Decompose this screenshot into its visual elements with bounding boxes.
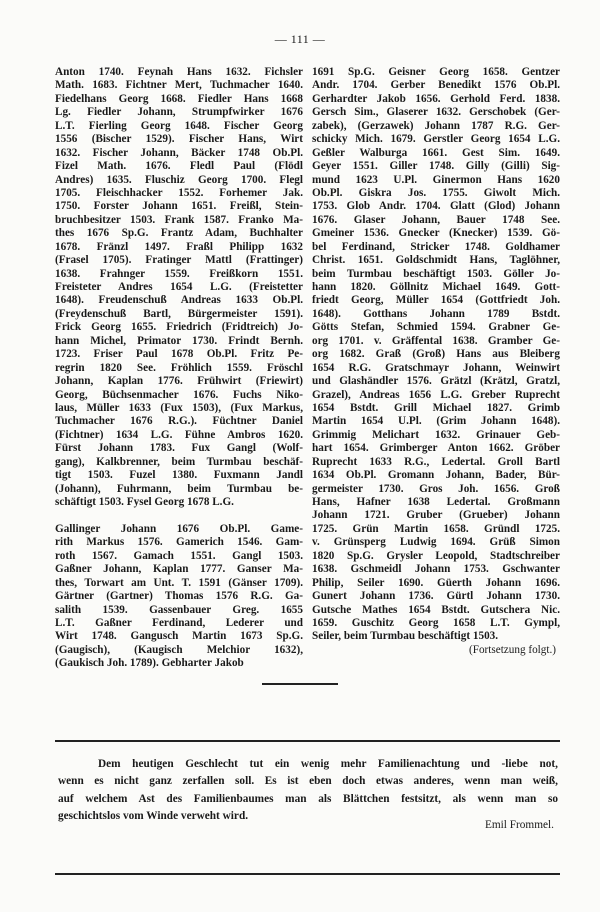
register-line: Andr. 1704. Gerber Benedikt 1576 Ob.Pl. bbox=[312, 79, 560, 92]
register-line: Lg. Fiedler Johann, Strumpfwirker 1676 bbox=[55, 106, 303, 119]
register-line: Ob.Pl. Giskra Jos. 1755. Giwolt Mich. bbox=[312, 187, 560, 200]
register-line: 1634 Ob.Pl. Gromann Johann, Bader, Bür- bbox=[312, 469, 560, 482]
register-line: beim Turmbau beschäftigt 1503. Göller Jo… bbox=[312, 268, 560, 281]
register-line: 1676. Glaser Johann, Bauer 1748 See. bbox=[312, 214, 560, 227]
register-line: 1654 R.G. Gratschmayr Johann, Weinwirt bbox=[312, 362, 560, 375]
register-line: Fürst Johann 1783. Fux Gangl (Wolf- bbox=[55, 442, 303, 455]
register-line: tigt 1503. Fuzel 1380. Fuxmann Jandl bbox=[55, 469, 303, 482]
register-line: org 1682. Graß (Groß) Hans aus Bleiberg bbox=[312, 348, 560, 361]
register-line: Gutsche Mathes 1654 Bstdt. Gutschera Nic… bbox=[312, 604, 560, 617]
register-line: 1678. Fränzl 1497. Fraßl Philipp 1632 bbox=[55, 241, 303, 254]
register-line: (Johann), Fuhrmann, beim Turmbau be- bbox=[55, 483, 303, 496]
register-line: Geßler Walburga 1661. Gest Sim. 1649. bbox=[312, 147, 560, 160]
register-line: Grazel), Andreas 1656 L.G. Greber Ruprec… bbox=[312, 389, 560, 402]
register-line: 1753. Glob Andr. 1704. Glatt (Glod) Joha… bbox=[312, 200, 560, 213]
register-line: hann Michel, Primator 1730. Frindt Bernh… bbox=[55, 335, 303, 348]
continuation-note: (Fortsetzung folgt.) bbox=[312, 644, 560, 657]
register-line: regrin 1820 See. Fröhlich 1559. Fröschl bbox=[55, 362, 303, 375]
quote-line: auf welchem Ast des Familienbaumes man a… bbox=[58, 791, 558, 808]
register-line: Hans, Hafner 1638 Ledertal. Großmann bbox=[312, 496, 560, 509]
register-line: friedt Georg, Müller 1654 (Gottfriedt Jo… bbox=[312, 294, 560, 307]
left-column: Anton 1740. Feynah Hans 1632. FichslerMa… bbox=[55, 66, 303, 671]
section-gap bbox=[55, 509, 303, 522]
right-column: 1691 Sp.G. Geisner Georg 1658. GentzerAn… bbox=[312, 66, 560, 671]
register-line: 1556 (Bischer 1529). Fischer Hans, Wirt bbox=[55, 133, 303, 146]
register-line: 1654 Bstdt. Grill Michael 1827. Grimb bbox=[312, 402, 560, 415]
register-line: Gmeiner 1536. Gnecker (Knecker) 1539. Gö… bbox=[312, 227, 560, 240]
register-line: 1691 Sp.G. Geisner Georg 1658. Gentzer bbox=[312, 66, 560, 79]
register-line: germeister 1730. Gros Joh. 1656. Groß bbox=[312, 483, 560, 496]
register-line: Johann 1721. Gruber (Grueber) Johann bbox=[312, 509, 560, 522]
register-line: Freisteter Andres 1654 L.G. (Freistetter bbox=[55, 281, 303, 294]
register-line: Anton 1740. Feynah Hans 1632. Fichsler bbox=[55, 66, 303, 79]
register-line: Math. 1683. Fichtner Mert, Tuchmacher 16… bbox=[55, 79, 303, 92]
register-line: bruchbesitzer 1503. Frank 1587. Franko M… bbox=[55, 214, 303, 227]
register-line: Gärtner (Gartner) Thomas 1576 R.G. Ga- bbox=[55, 590, 303, 603]
register-line: Gunert Johann 1736. Gürtl Johann 1730. bbox=[312, 590, 560, 603]
register-line: Martin 1654 U.Pl. (Grim Johann 1648). bbox=[312, 415, 560, 428]
register-line: thes 1676 Sp.G. Frantz Adam, Buchhalter bbox=[55, 227, 303, 240]
register-line: schicky Mich. 1679. Gerstler Georg 1654 … bbox=[312, 133, 560, 146]
register-line: org 1701. v. Gräffental 1638. Gramber Ge… bbox=[312, 335, 560, 348]
quote-bottom-rule bbox=[55, 873, 560, 875]
page-number: — 111 — bbox=[0, 32, 600, 47]
register-line: mund 1623 U.Pl. Ginermon Hans 1620 bbox=[312, 174, 560, 187]
register-line: Frick Georg 1655. Friedrich (Fridtreich)… bbox=[55, 321, 303, 334]
register-line: v. Grünsperg Ludwig 1694. Grüß Simon bbox=[312, 536, 560, 549]
register-columns: Anton 1740. Feynah Hans 1632. FichslerMa… bbox=[55, 66, 560, 671]
quote-top-rule bbox=[55, 740, 560, 742]
section-divider bbox=[262, 683, 338, 685]
register-line: (Fichtner) 1634 L.G. Fühne Ambros 1620. bbox=[55, 429, 303, 442]
register-line: rith Markus 1576. Gamerich 1546. Gam- bbox=[55, 536, 303, 549]
register-line: Gallinger Johann 1676 Ob.Pl. Game- bbox=[55, 523, 303, 536]
register-line: Georg, Büchsenmacher 1676. Fuchs Niko- bbox=[55, 389, 303, 402]
register-line: Tuchmacher 1676 R.G.). Füchtner Daniel bbox=[55, 415, 303, 428]
register-line: (Freydenschuß Bartl, Bürgermeister 1591)… bbox=[55, 308, 303, 321]
register-line: Geyer 1551. Giller 1748. Gilly (Gilli) S… bbox=[312, 160, 560, 173]
register-line: Gerhardter Jakob 1656. Gerhold Ferd. 183… bbox=[312, 93, 560, 106]
register-line: 1750. Forster Johann 1651. Freißl, Stein… bbox=[55, 200, 303, 213]
register-line: (Gaukisch Joh. 1789). Gebharter Jakob bbox=[55, 657, 303, 670]
register-line: 1632. Fischer Johann, Bäcker 1748 Ob.Pl. bbox=[55, 147, 303, 160]
register-line: L.T. Fierling Georg 1648. Fischer Georg bbox=[55, 120, 303, 133]
register-line: Philip, Seiler 1690. Güerth Johann 1696. bbox=[312, 577, 560, 590]
register-line: Grimmig Melichart 1632. Grinauer Geb- bbox=[312, 429, 560, 442]
register-line: und Glashändler 1576. Grätzl (Krätzl, Gr… bbox=[312, 375, 560, 388]
register-line: Gersch Sim., Glaserer 1632. Gerschobek (… bbox=[312, 106, 560, 119]
register-line: 1638. Gschmeidl Johann 1753. Gschwanter bbox=[312, 563, 560, 576]
register-line: schäftigt 1503. Fysel Georg 1678 L.G. bbox=[55, 496, 303, 509]
register-line: L.T. Gaßner Ferdinand, Lederer und bbox=[55, 617, 303, 630]
register-line: zabek), (Gerzawek) Johann 1787 R.G. Ger- bbox=[312, 120, 560, 133]
quote-line: wenn es nicht ganz zerfallen soll. Es is… bbox=[58, 773, 558, 790]
register-line: Ruprecht 1633 R.G., Ledertal. Groll Bart… bbox=[312, 456, 560, 469]
register-line: Gaßner Johann, Kaplan 1777. Ganser Ma- bbox=[55, 563, 303, 576]
register-line: Johann, Kaplan 1776. Frühwirt (Friewirt) bbox=[55, 375, 303, 388]
register-line: (Gaugisch), (Kaugisch Melchior 1632), bbox=[55, 644, 303, 657]
register-line: Christ. 1651. Goldschmidt Hans, Taglöhne… bbox=[312, 254, 560, 267]
register-line: hart 1654. Grimberger Anton 1662. Gröber bbox=[312, 442, 560, 455]
register-line: Fizel Math. 1676. Fledl Paul (Flödl bbox=[55, 160, 303, 173]
register-line: 1705. Fleischhacker 1552. Forhemer Jak. bbox=[55, 187, 303, 200]
register-line: 1638. Frahnger 1559. Freißkorn 1551. bbox=[55, 268, 303, 281]
register-line: (Frasel 1705). Fratinger Mattl (Fratting… bbox=[55, 254, 303, 267]
register-line: hann 1820. Göllnitz Michael 1649. Gott- bbox=[312, 281, 560, 294]
register-line: roth 1567. Gamach 1551. Gangl 1503. bbox=[55, 550, 303, 563]
register-line: 1725. Grün Martin 1658. Gründl 1725. bbox=[312, 523, 560, 536]
register-line: Wirt 1748. Gangusch Martin 1673 Sp.G. bbox=[55, 630, 303, 643]
register-line: Götts Stefan, Schmied 1594. Grabner Ge- bbox=[312, 321, 560, 334]
register-line: laus, Müller 1633 (Fux 1503), (Fux Marku… bbox=[55, 402, 303, 415]
quote-block: Dem heutigen Geschlecht tut ein wenig me… bbox=[58, 756, 558, 831]
register-line: 1723. Friser Paul 1678 Ob.Pl. Fritz Pe- bbox=[55, 348, 303, 361]
register-line: thes, Torwart am Unt. T. 1591 (Gänser 17… bbox=[55, 577, 303, 590]
register-line: Fiedelhans Georg 1668. Fiedler Hans 1668 bbox=[55, 93, 303, 106]
register-line: Seiler, beim Turmbau beschäftigt 1503. bbox=[312, 630, 560, 643]
register-line: bel Ferdinand, Stricker 1748. Goldhamer bbox=[312, 241, 560, 254]
register-line: gang), Kalkbrenner, beim Turmbau beschäf… bbox=[55, 456, 303, 469]
register-line: 1648). Gotthans Johann 1789 Bstdt. bbox=[312, 308, 560, 321]
quote-line: Dem heutigen Geschlecht tut ein wenig me… bbox=[58, 756, 558, 773]
register-line: 1659. Guschitz Georg 1658 L.T. Gympl, bbox=[312, 617, 560, 630]
register-line: 1820 Sp.G. Grysler Leopold, Stadtschreib… bbox=[312, 550, 560, 563]
register-line: Andres) 1635. Fluschiz Georg 1700. Flegl bbox=[55, 174, 303, 187]
register-line: 1648). Freudenschuß Andreas 1633 Ob.Pl. bbox=[55, 294, 303, 307]
register-line: salith 1539. Gassenbauer Greg. 1655 bbox=[55, 604, 303, 617]
